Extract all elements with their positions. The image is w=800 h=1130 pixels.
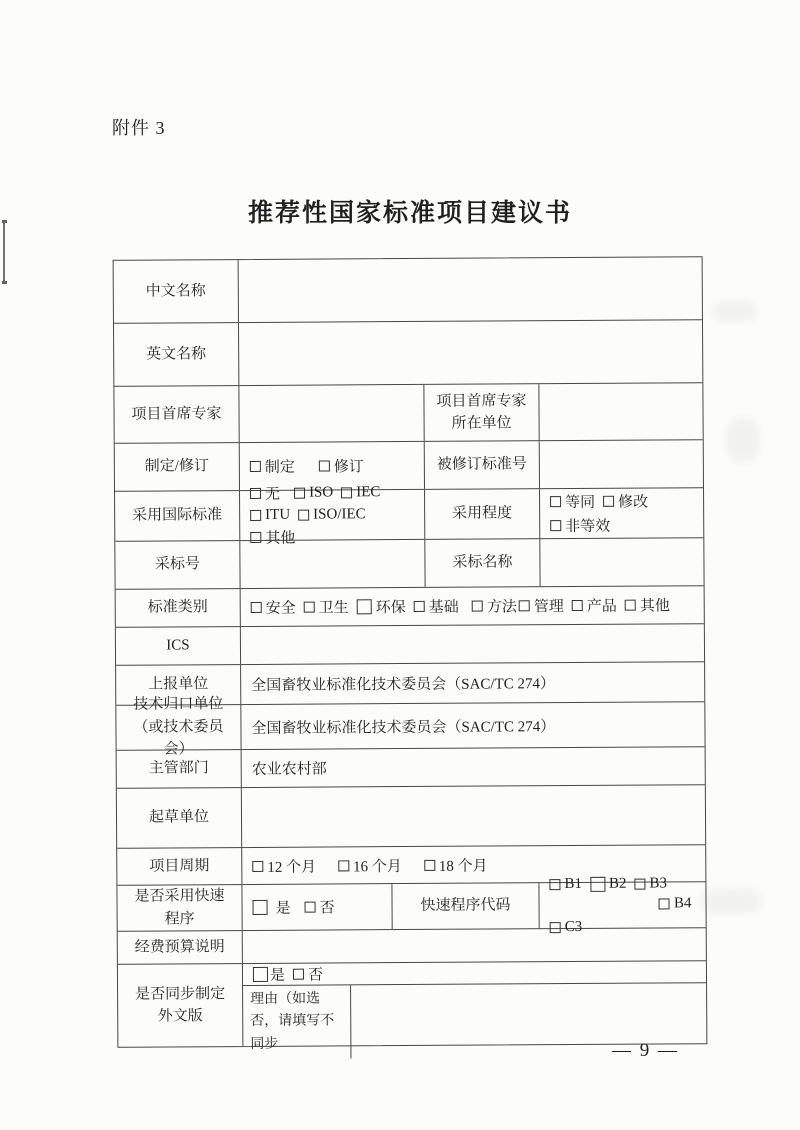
checkbox-icon — [253, 900, 268, 915]
form-table: 中文名称 英文名称 项目首席专家 项目首席专家所在单位 制定/修订 制定 修订 … — [113, 256, 708, 1048]
cell-value — [240, 540, 425, 588]
option-label: B1 — [564, 875, 582, 892]
option-label: 环保 — [376, 596, 406, 617]
cell-value — [239, 385, 424, 442]
row-label: 采用国际标准 — [115, 491, 240, 541]
checkbox-option: 否 — [305, 896, 335, 917]
checkbox-icon — [590, 876, 605, 891]
row-label: 项目首席专家所在单位 — [424, 384, 539, 441]
option-label: ISO — [309, 484, 333, 501]
checkbox-option: 修订 — [319, 455, 364, 476]
cell-value — [539, 383, 702, 440]
checkbox-icon — [305, 902, 316, 913]
cell-value — [540, 538, 703, 586]
row-label: 采标号 — [115, 541, 240, 589]
checkbox-icon — [252, 860, 263, 871]
checkbox-icon — [294, 488, 305, 499]
checkbox-option: 非等效 — [550, 515, 610, 536]
checkbox-option: 方法 — [472, 595, 517, 616]
checkbox-option: 修改 — [603, 491, 648, 512]
row-label: 项目周期 — [117, 848, 242, 885]
row-subgrid: 是 否 理由（如选否，请填写不同步 — [243, 961, 706, 1046]
table-row: 采用国际标准 无 ISO IEC ITU ISO/IEC 其他 采用程度 等同 … — [115, 488, 703, 542]
checkbox-icon — [250, 510, 261, 521]
option-label: 基础 — [429, 596, 459, 617]
option-label: 16 个月 — [353, 855, 402, 876]
checkbox-option: B1 — [549, 875, 582, 892]
checkbox-icon — [414, 601, 425, 612]
attachment-label: 附件 3 — [112, 114, 166, 140]
checkbox-option: ISO/IEC — [298, 506, 366, 523]
checkbox-option: 安全 — [251, 597, 296, 618]
cell-value — [239, 257, 702, 322]
option-label: 管理 — [534, 595, 564, 616]
option-label: 卫生 — [319, 596, 349, 617]
checkbox-icon — [550, 496, 561, 507]
checkbox-icon — [625, 600, 636, 611]
option-label: 是 — [275, 897, 290, 918]
checkbox-icon — [250, 488, 261, 499]
cell-value — [540, 440, 703, 488]
option-label: ISO/IEC — [313, 506, 366, 523]
table-row: 经费预算说明 — [118, 928, 706, 965]
table-row: 标准类别 安全 卫生 环保 基础 方法 管理 产品 其他 — [116, 586, 704, 628]
option-label: 12 个月 — [267, 855, 316, 876]
row-label: 采标名称 — [425, 539, 540, 587]
checkbox-icon — [550, 520, 561, 531]
checkbox-icon — [251, 602, 262, 613]
scan-smudge — [726, 418, 760, 462]
option-label: 非等效 — [565, 515, 610, 536]
cell-value — [239, 320, 702, 385]
row-label: ICS — [116, 627, 241, 665]
checkbox-option: ITU — [250, 507, 290, 524]
checkbox-option: 16 个月 — [338, 855, 402, 876]
table-row: 是否同步制定外文版 是 否 理由（如选否，请填写不同步 — [118, 961, 706, 1047]
document-title: 推荐性国家标准项目建议书 — [0, 193, 800, 229]
checkbox-icon — [338, 860, 349, 871]
option-label: 修订 — [334, 455, 364, 476]
checkbox-option: 无 — [250, 483, 280, 504]
option-label: 无 — [265, 483, 280, 504]
checkbox-icon — [319, 460, 330, 471]
checkbox-icon — [603, 496, 614, 507]
checkbox-icon — [659, 898, 670, 909]
row-label: 被修订标准号 — [425, 441, 540, 489]
row-label: 是否同步制定外文版 — [118, 964, 243, 1047]
row-label: 项目首席专家 — [114, 386, 239, 443]
checkbox-icon — [341, 487, 352, 498]
table-row: 英文名称 — [114, 320, 702, 387]
cell-value: 全国畜牧业标准化技术委员会（SAC/TC 274） — [241, 702, 704, 749]
checkbox-icon — [472, 601, 483, 612]
cell-value: 是 否 — [243, 961, 706, 986]
checkbox-option: 其他 — [625, 594, 670, 615]
table-row: 起草单位 — [117, 785, 705, 849]
scan-artifact-line — [3, 222, 5, 282]
row-label: 是否采用快速程序 — [117, 885, 242, 931]
scan-smudge — [712, 300, 757, 322]
checkbox-icon — [519, 600, 530, 611]
checkbox-option: 12 个月 — [252, 855, 316, 876]
checkbox-icon — [253, 967, 268, 982]
row-label: 英文名称 — [114, 323, 239, 386]
checkbox-option: 是 — [252, 897, 290, 918]
checkbox-icon — [304, 602, 315, 613]
checkbox-option: 管理 — [519, 595, 564, 616]
row-label: 采用程度 — [425, 489, 540, 539]
option-label: 等同 — [565, 491, 595, 512]
table-row: 是否采用快速程序 是 否 快速程序代码 B1 B2 B3 B4 C3 — [117, 882, 705, 932]
checkbox-option: 等同 — [550, 491, 595, 512]
checkbox-option: B2 — [590, 875, 627, 892]
checkbox-icon — [424, 859, 435, 870]
checkbox-icon — [572, 600, 583, 611]
cell-value: 等同 修改 非等效 — [540, 488, 703, 538]
row-label: 标准类别 — [116, 589, 241, 627]
row-label: 中文名称 — [114, 260, 239, 323]
checkbox-icon — [634, 878, 645, 889]
option-label: 否 — [308, 964, 323, 985]
scan-smudge — [700, 888, 762, 914]
checkbox-icon — [549, 879, 560, 890]
row-label: 快速程序代码 — [392, 883, 539, 929]
checkbox-icon — [357, 599, 372, 614]
option-label: 是 — [270, 964, 285, 985]
option-label: B2 — [609, 875, 627, 892]
row-label: 起草单位 — [117, 788, 242, 848]
table-row: ICS — [116, 624, 704, 666]
option-label: B3 — [649, 875, 667, 892]
table-row: 项目首席专家 项目首席专家所在单位 — [114, 383, 702, 444]
option-label: 制定 — [265, 456, 295, 477]
row-label: 技术归口单位（或技术委员会） — [116, 705, 241, 750]
cell-value: 无 ISO IEC ITU ISO/IEC 其他 — [240, 490, 425, 540]
table-row: 主管部门 农业农村部 — [117, 747, 705, 789]
scanned-page: 附件 3 推荐性国家标准项目建议书 中文名称 英文名称 项目首席专家 项目首席专… — [0, 0, 800, 1130]
option-label: 方法 — [487, 595, 517, 616]
row-label: 经费预算说明 — [118, 931, 243, 964]
option-label: 安全 — [266, 597, 296, 618]
table-row: 中文名称 — [114, 257, 702, 324]
cell-value: 农业农村部 — [242, 747, 705, 787]
checkbox-option: 否 — [293, 964, 323, 985]
cell-value — [242, 785, 705, 847]
option-label: B4 — [674, 895, 692, 912]
reason-label: 理由（如选否，请填写不同步 — [243, 985, 351, 1059]
checkbox-option: 产品 — [572, 595, 617, 616]
option-label: ITU — [265, 507, 290, 524]
checkbox-icon — [293, 969, 304, 980]
option-label: 其他 — [640, 594, 670, 615]
option-label: 18 个月 — [439, 854, 488, 875]
checkbox-icon — [250, 461, 261, 472]
table-row: 技术归口单位（或技术委员会） 全国畜牧业标准化技术委员会（SAC/TC 274） — [116, 702, 704, 751]
option-label: 产品 — [587, 595, 617, 616]
checkbox-option: IEC — [341, 484, 380, 501]
checkbox-option: 卫生 — [304, 596, 349, 617]
cell-value: B1 B2 B3 B4 C3 — [539, 882, 705, 928]
cell-value — [241, 624, 704, 664]
checkbox-icon — [298, 510, 309, 521]
cell-value — [243, 928, 706, 963]
checkbox-option: 基础 — [414, 596, 459, 617]
option-label: IEC — [356, 484, 380, 501]
row-label: 制定/修订 — [115, 443, 240, 491]
checkbox-option: 18 个月 — [424, 854, 488, 875]
page-number: — 9 — — [612, 1040, 679, 1062]
checkbox-option: 环保 — [357, 596, 406, 617]
option-label: 否 — [320, 896, 335, 917]
row-label: 主管部门 — [117, 750, 242, 788]
cell-value: 安全 卫生 环保 基础 方法 管理 产品 其他 — [241, 586, 704, 626]
checkbox-option: B4 — [659, 895, 692, 912]
checkbox-option: ISO — [294, 484, 333, 501]
checkbox-option: 制定 — [250, 456, 295, 477]
checkbox-option: B3 — [634, 875, 667, 892]
table-row: 采标号 采标名称 — [115, 538, 703, 590]
checkbox-option: 是 — [253, 964, 285, 985]
cell-value: 是 否 — [242, 884, 392, 930]
option-label: 修改 — [618, 491, 648, 512]
cell-value: 全国畜牧业标准化技术委员会（SAC/TC 274） — [241, 662, 704, 704]
